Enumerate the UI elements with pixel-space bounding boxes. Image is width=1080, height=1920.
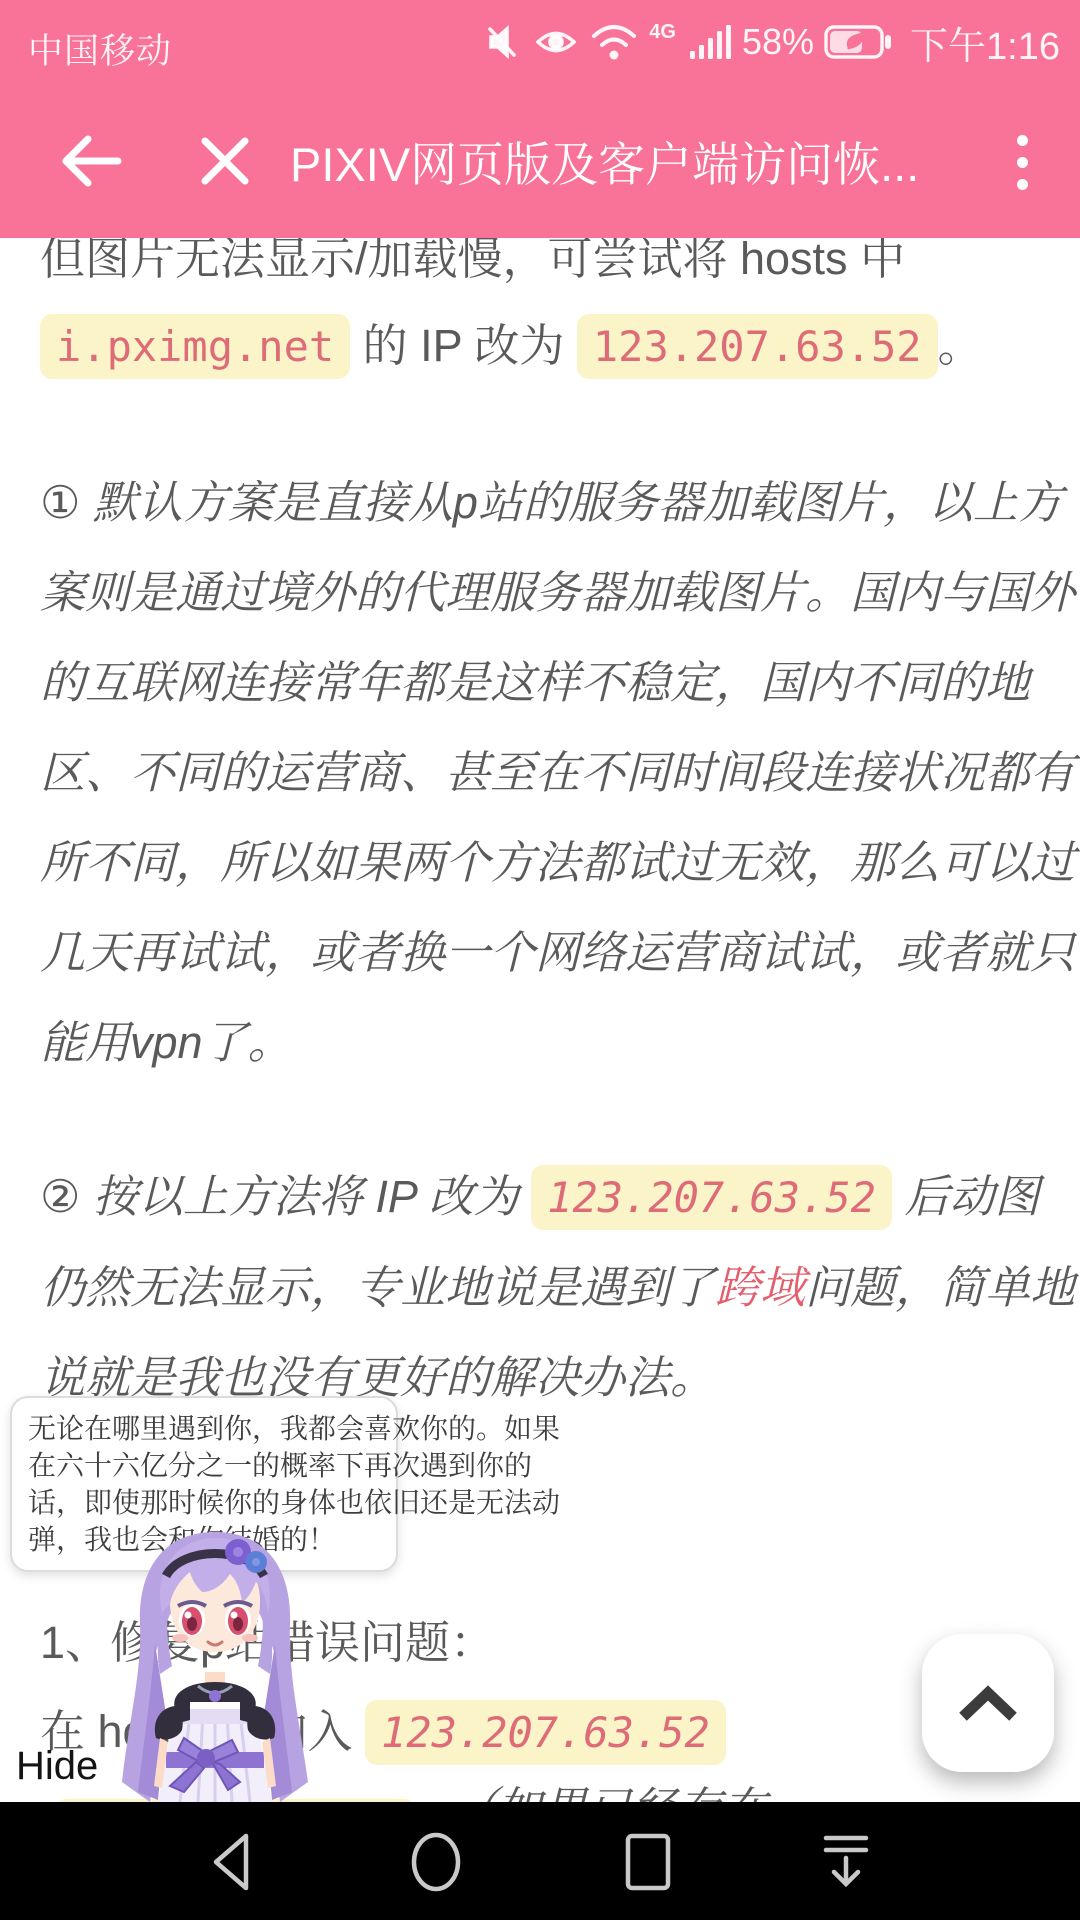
scroll-to-top-button[interactable]: [922, 1634, 1054, 1772]
paragraph-1-line: 区、不同的运营商、甚至在不同时间段连接状况都有: [40, 728, 1075, 818]
wifi-icon: [589, 20, 639, 64]
battery-saver-icon: [824, 21, 894, 63]
paragraph-2-line: 仍然无法显示，专业地说是遇到了跨域问题，简单地: [40, 1243, 1075, 1333]
clock-label: 下午1:16: [910, 15, 1060, 70]
paragraph-1-line: 案则是通过境外的代理服务器加载图片。国内与国外: [40, 548, 1075, 638]
bubble-line: 无论在哪里遇到你，我都会喜欢你的。如果: [28, 1410, 380, 1447]
paragraph-2-text: 问题，简单地: [805, 1262, 1075, 1313]
signal-bars-icon: [688, 21, 732, 63]
paragraph-2-text: 仍然无法显示，专业地说是遇到了: [40, 1262, 715, 1313]
bubble-line: 在六十六亿分之一的概率下再次遇到你的: [28, 1447, 380, 1484]
status-icons: 4G 58% 下午1:16: [481, 0, 1060, 84]
paragraph-1-line: 几天再试试，或者换一个网络运营商试试，或者就只: [40, 908, 1075, 998]
paragraph-1-line: 能用vpn了。: [40, 998, 1075, 1088]
battery-percent-label: 58%: [742, 21, 814, 63]
eye-comfort-icon: [533, 21, 579, 63]
android-nav-bar: [0, 1802, 1080, 1920]
nav-recents-icon[interactable]: [616, 1830, 680, 1894]
paragraph-2-text: ② 按以上方法将 IP 改为: [40, 1171, 531, 1222]
page-title: PIXIV网页版及客户端访问恢...: [290, 128, 940, 195]
status-bar: 中国移动 4G 58% 下午1:16: [0, 0, 1080, 84]
cross-origin-link[interactable]: 跨域: [715, 1262, 805, 1313]
paragraph-2: ② 按以上方法将 IP 改为 123.207.63.52 后动图 仍然无法显示，…: [40, 1152, 1075, 1423]
close-icon[interactable]: [196, 132, 254, 190]
chevron-up-icon: [957, 1683, 1019, 1723]
paragraph-1-line: 所不同，所以如果两个方法都试过无效，那么可以过: [40, 818, 1075, 908]
paragraph-2-text: 后动图: [892, 1171, 1040, 1222]
app-bar: PIXIV网页版及客户端访问恢...: [0, 84, 1080, 238]
bubble-line: 话，即使那时候你的身体也依旧还是无法动: [28, 1484, 380, 1521]
paragraph-1: ① 默认方案是直接从p站的服务器加载图片，以上方 案则是通过境外的代理服务器加载…: [40, 458, 1075, 1088]
ip-code: 123.207.63.52: [577, 314, 938, 379]
ip-code: 123.207.63.52: [365, 1700, 726, 1765]
carrier-label: 中国移动: [28, 24, 172, 74]
mascot-character[interactable]: [100, 1524, 330, 1804]
intro-mid-text: 的 IP 改为: [350, 320, 577, 371]
back-arrow-icon[interactable]: [56, 126, 126, 196]
intro-end-text: 。: [938, 320, 983, 371]
mascot-hide-button[interactable]: Hide: [16, 1744, 98, 1789]
intro-line-2: i.pximg.net 的 IP 改为 123.207.63.52。: [40, 296, 983, 397]
paragraph-1-line: ① 默认方案是直接从p站的服务器加载图片，以上方: [40, 458, 1075, 548]
hostname-code: i.pximg.net: [40, 314, 350, 379]
nav-back-icon[interactable]: [202, 1830, 266, 1894]
ip-code: 123.207.63.52: [531, 1165, 892, 1230]
paragraph-1-line: 的互联网连接常年都是这样不稳定，国内不同的地: [40, 638, 1075, 728]
network-type-label: 4G: [649, 21, 676, 44]
nav-home-icon[interactable]: [404, 1830, 468, 1894]
overflow-menu-icon[interactable]: [1000, 132, 1044, 192]
intro-line-1-text: 但图片无法显示/加载慢，可尝试将 hosts 中: [40, 233, 905, 284]
media-muted-icon: [481, 21, 523, 63]
nav-hide-bar-icon[interactable]: [814, 1830, 878, 1894]
paragraph-2-line: ② 按以上方法将 IP 改为 123.207.63.52 后动图: [40, 1152, 1075, 1243]
